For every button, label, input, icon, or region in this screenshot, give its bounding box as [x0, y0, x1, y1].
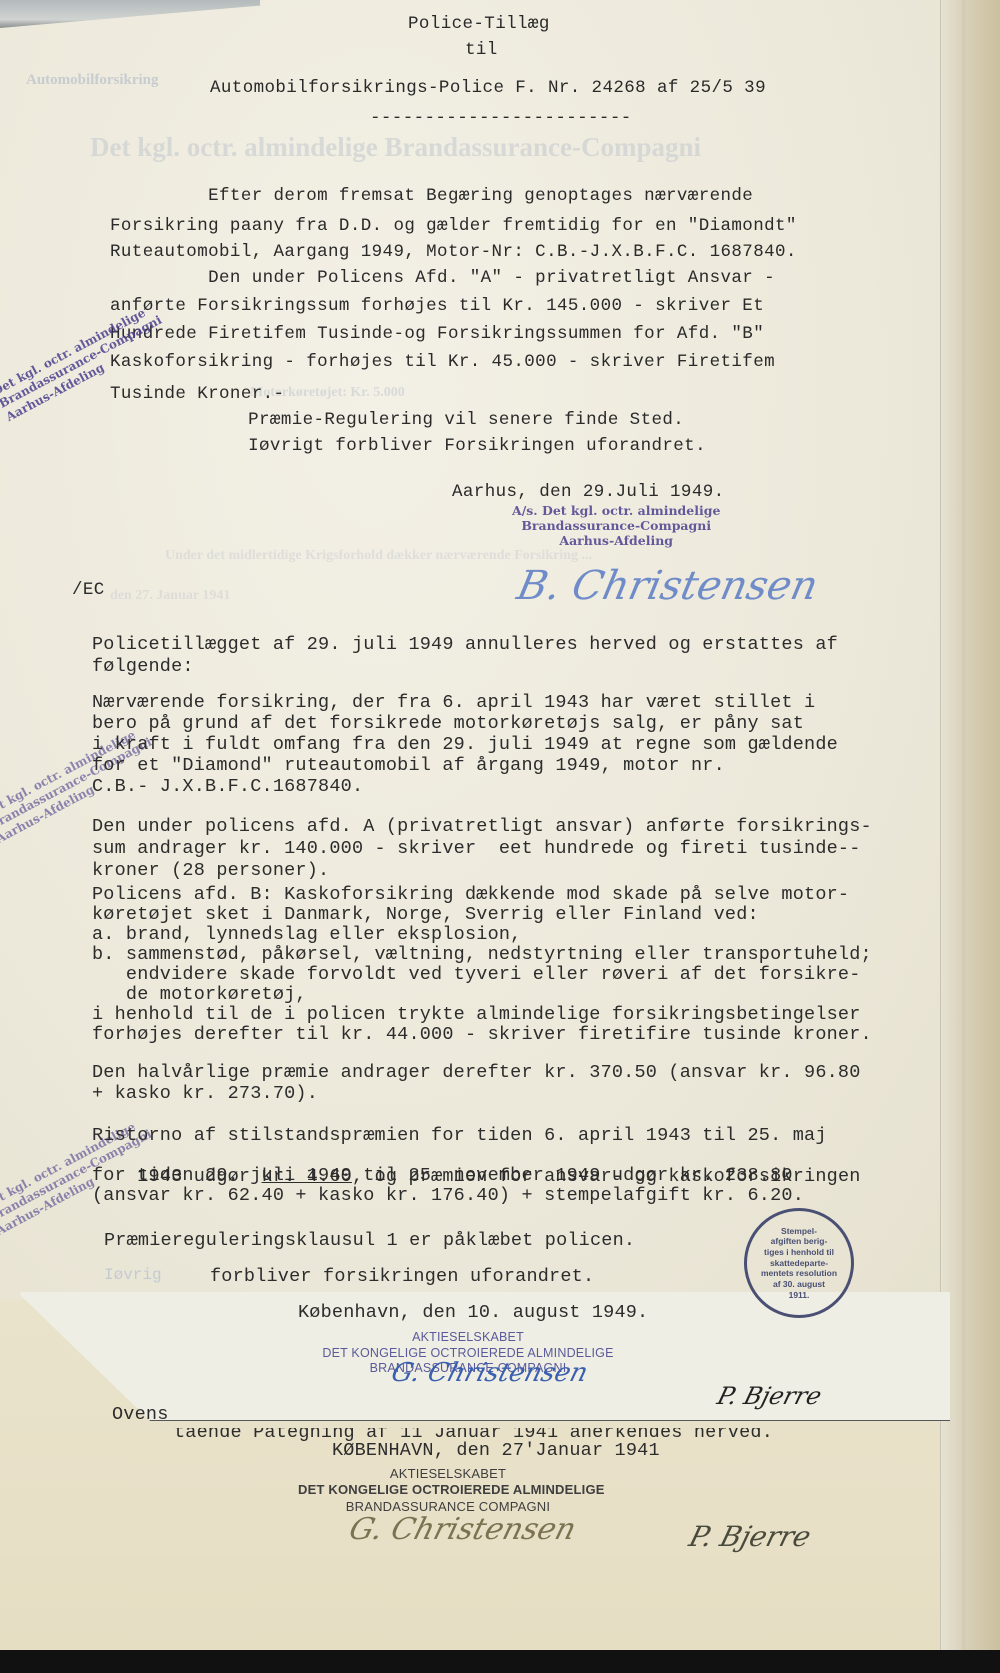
text-line: Den under policens afd. A (privatretligt…: [92, 816, 872, 837]
stamp-line: AKTIESELSKABET: [298, 1466, 598, 1482]
faint-lower-text: Iøvrig: [104, 1266, 162, 1284]
kobenhavn-place-date: København, den 10. august 1949.: [298, 1302, 648, 1323]
aarhus-company-stamp: A/s. Det kgl. octr. almindelige Brandass…: [512, 503, 720, 548]
text-line: Ristorno af stilstandspræmien for tiden …: [92, 1125, 827, 1146]
document-subtitle: til: [465, 40, 498, 60]
text-line: sum andrager kr. 140.000 - skriver eet h…: [92, 838, 861, 859]
text-line: for et "Diamond" ruteautomobil af årgang…: [92, 755, 725, 776]
stamp-line: mentets resolution: [761, 1268, 837, 1279]
stamp-line: af 30. august: [773, 1279, 825, 1290]
faint-mid-text-3: den 27. Januar 1941: [110, 588, 230, 604]
text-line: kroner (28 personer).: [92, 860, 329, 881]
text-line: Ruteautomobil, Aargang 1949, Motor-Nr: C…: [110, 242, 797, 262]
text-line: b. sammenstød, påkørsel, væltning, nedst…: [92, 944, 872, 965]
document-title: Police-Tillæg: [408, 14, 550, 34]
text-line: Præmie-Regulering vil senere finde Sted.: [150, 410, 684, 430]
signature-christensen-1941: G. Christensen: [345, 1512, 580, 1547]
faint-company-heading: Det kgl. octr. almindelige Brandassuranc…: [90, 132, 701, 163]
text-line: a. brand, lynnedslag eller eksplosion,: [92, 924, 521, 945]
text-line: Den under Policens Afd. "A" - privatretl…: [110, 268, 775, 288]
stamp-line: 1911.: [789, 1290, 810, 1301]
text-line: Policens afd. B: Kaskoforsikring dækkend…: [92, 884, 849, 905]
faint-label-automobilforsikring: Automobilforsikring: [26, 72, 159, 89]
text-line: Hundrede Firetifem Tusinde-og Forsikring…: [110, 324, 764, 344]
stamp-line: AKTIESELSKABET: [318, 1330, 618, 1346]
text-line: Den halvårlige præmie andrager derefter …: [92, 1062, 861, 1083]
text-line: følgende:: [92, 656, 194, 677]
text-line: Tusinde Kroner.-: [110, 384, 284, 404]
text-line: Nærværende forsikring, der fra 6. april …: [92, 692, 815, 713]
stamp-line: Brandassurance-Compagni: [512, 518, 720, 533]
text-line: Præmiereguleringsklausul 1 er påklæbet p…: [104, 1230, 635, 1251]
text-line: Forsikring paany fra D.D. og gælder frem…: [110, 216, 797, 236]
stamp-line: DET KONGELIGE OCTROIEREDE ALMINDELIGE: [298, 1482, 598, 1498]
ovenstaaende-start: Ovens: [112, 1404, 169, 1425]
text-line: C.B.- J.X.B.F.C.1687840.: [92, 776, 363, 797]
text-line: Kaskoforsikring - forhøjes til Kr. 45.00…: [110, 352, 775, 372]
text-line: Iøvrigt forbliver Forsikringen uforandre…: [150, 436, 706, 456]
text-line: endvidere skade forvoldt ved tyveri elle…: [92, 964, 861, 985]
company-stamp-1941: AKTIESELSKABET DET KONGELIGE OCTROIEREDE…: [298, 1466, 598, 1515]
signature-christensen-aarhus: B. Christensen: [513, 563, 822, 609]
typist-initials: /EC: [72, 580, 105, 600]
text-line: i kraft i fuldt omfang fra den 29. juli …: [92, 734, 838, 755]
aarhus-place-date: Aarhus, den 29.Juli 1949.: [452, 482, 725, 502]
signature-bjerre-1949: P. Bjerre: [714, 1382, 824, 1410]
stamp-line: tiges i henhold til: [764, 1247, 834, 1258]
text-line: (ansvar kr. 62.40 + kasko kr. 176.40) + …: [92, 1185, 804, 1206]
kobenhavn-1941-place-date: KØBENHAVN, den 27'Januar 1941: [332, 1440, 660, 1461]
faint-mid-text-2: Under det midlertidige Krigsforhold dækk…: [165, 548, 592, 564]
stamp-duty-round-stamp: Stempel- afgiften berig- tiges i henhold…: [744, 1208, 854, 1318]
signature-christensen-kobenhavn: G. Christensen: [388, 1358, 591, 1388]
stamp-line: Aarhus-Afdeling: [512, 533, 720, 548]
text-line: bero på grund af det forsikrede motorkør…: [92, 713, 804, 734]
stamp-line: Stempel-: [781, 1226, 817, 1237]
stamp-line: afgiften berig-: [771, 1236, 828, 1247]
signature-bjerre-1941: P. Bjerre: [686, 1520, 815, 1553]
page-edge-line: [962, 0, 966, 1650]
header-separator: ------------------------: [370, 108, 632, 128]
text-line: i henhold til de i policen trykte almind…: [92, 1004, 861, 1025]
text-line: de motorkøretøj,: [92, 984, 307, 1005]
text-line: anførte Forsikringssum forhøjes til Kr. …: [110, 296, 764, 316]
policy-reference: Automobilforsikrings-Police F. Nr. 24268…: [210, 78, 766, 98]
stamp-line: A/s. Det kgl. octr. almindelige: [512, 503, 720, 518]
text-line: for tiden 29. juli 1949 til 25. november…: [92, 1165, 793, 1186]
text-line: forbliver forsikringen uforandret.: [210, 1266, 594, 1287]
stamp-line: skattedeparte-: [770, 1258, 828, 1269]
text-line: + kasko kr. 273.70).: [92, 1083, 318, 1104]
text-line: forhøjes derefter til kr. 44.000 - skriv…: [92, 1024, 872, 1045]
text-line: Efter derom fremsat Begæring genoptages …: [110, 186, 753, 206]
text-line: Policetillægget af 29. juli 1949 annulle…: [92, 634, 838, 655]
text-line: køretøjet sket i Danmark, Norge, Sverrig…: [92, 904, 759, 925]
